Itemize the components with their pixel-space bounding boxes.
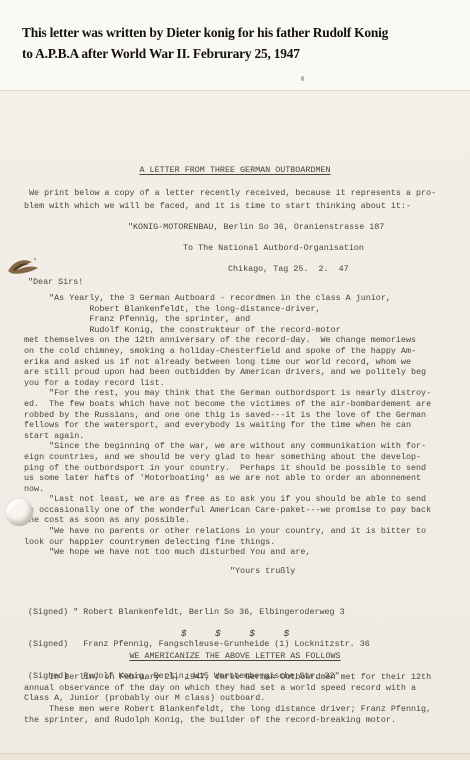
typewriter-divider-symbols: $ $ $ $ [0, 629, 470, 640]
signature-line: (Signed) Franz Pfennig, Fangschleuse-Gru… [28, 639, 370, 650]
caption-line-1: This letter was written by Dieter konig … [22, 22, 464, 43]
letter-body: "As Yearly, the 3 German Autboard - reco… [24, 293, 431, 558]
letter-sender-line: "KONIG-MOTORENBAU, Berlin So 36, Oranien… [128, 222, 384, 233]
scanned-letter-page: This letter was written by Dieter konig … [0, 0, 470, 760]
paper-blemish-dot [6, 499, 33, 526]
bottom-scan-band [0, 753, 470, 760]
caption-line-2: to A.P.B.A after World War II. Februrary… [22, 43, 464, 64]
signature-line: (Signed) " Robert Blankenfeldt, Berlin S… [28, 607, 370, 618]
letter-salutation: "Dear Sirs! [28, 277, 83, 288]
letter-dateline: Chikago, Tag 25. 2. 47 [228, 264, 349, 275]
caption-band: This letter was written by Dieter konig … [0, 0, 470, 91]
letter-recipient-line: To The National Autbord-Organisation [183, 243, 364, 254]
handwritten-caption: This letter was written by Dieter konig … [22, 22, 464, 64]
letter-closing: "Yours trußly [230, 566, 295, 577]
letter-heading: A LETTER FROM THREE GERMAN OUTBOARDMEN [0, 165, 470, 176]
americanized-summary: In Berlin, on February 25, 1947, three G… [24, 672, 431, 726]
americanized-heading: WE AMERICANIZE THE ABOVE LETTER AS FOLLO… [0, 651, 470, 662]
paper-speck [301, 76, 304, 81]
editor-intro-paragraph: We print below a copy of a letter recent… [24, 187, 436, 213]
